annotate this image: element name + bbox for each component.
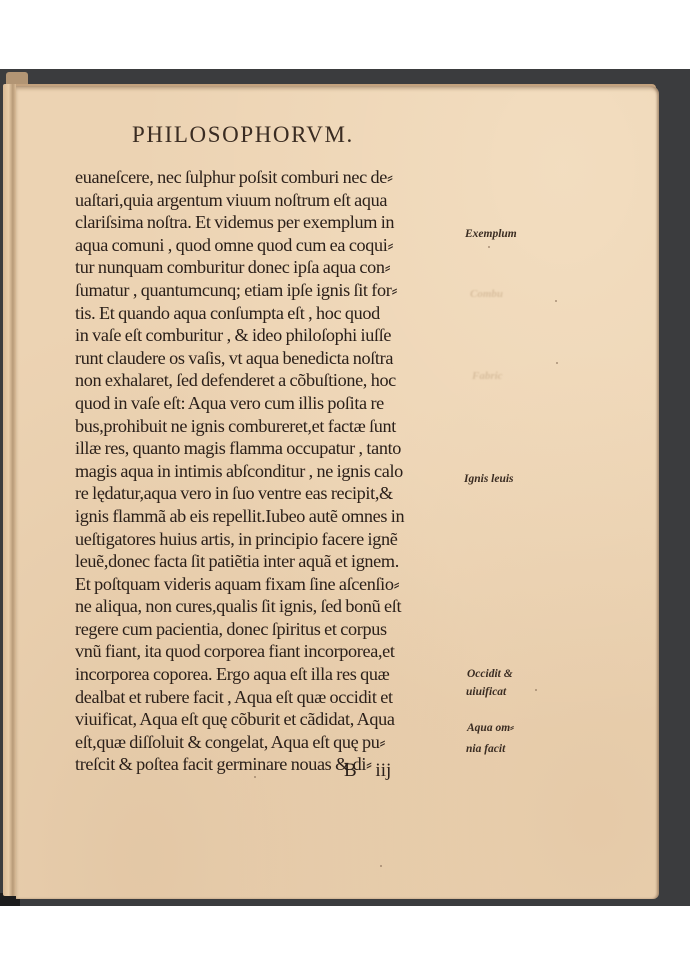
text-line: vnũ fiant, ita quod corporea fiant incor…: [75, 640, 465, 663]
body-text: euaneſcere, nec ſulphur poſsit comburi n…: [75, 166, 465, 776]
text-line: ſumatur , quantumcunq; etiam ipſe ignis …: [75, 279, 465, 302]
text-line: dealbat et rubere facit , Aqua eſt quæ o…: [75, 686, 465, 709]
margin-note-ignis-leuis: Ignis leuis: [464, 470, 514, 488]
text-line: ignis flammã ab eis repellit.Iubeo autẽ …: [75, 505, 465, 528]
paper-speck: [488, 246, 490, 248]
bleed-through-mark: Fabric: [472, 370, 503, 382]
text-line: tis. Et quando aqua conſumpta eſt , hoc …: [75, 302, 465, 325]
text-line: ueſtigatores huius artis, in principio f…: [75, 528, 465, 551]
margin-note-nia-facit: nia facit: [466, 740, 505, 758]
text-line: tur nunquam comburitur donec ipſa aqua c…: [75, 256, 465, 279]
paper-speck: [254, 776, 256, 778]
text-line: re lędatur,aqua vero in ſuo ventre eas r…: [75, 482, 465, 505]
text-line: euaneſcere, nec ſulphur poſsit comburi n…: [75, 166, 465, 189]
text-line: in vaſe eſt comburitur , & ideo philoſop…: [75, 324, 465, 347]
page-scan-viewer: Combu Fabric PHILOSOPHORVM. euaneſcere, …: [0, 0, 690, 976]
margin-note-exemplum: Exemplum: [465, 225, 517, 243]
paper-speck: [380, 865, 382, 867]
text-line: magis aqua in intimis abſconditur , ne i…: [75, 460, 465, 483]
margin-note-aqua-om: Aqua om⸗: [467, 719, 514, 737]
text-line: ne aliqua, non cures,qualis ſit ignis, ſ…: [75, 595, 465, 618]
text-line: clariſsima noſtra. Et videmus per exempl…: [75, 211, 465, 234]
text-line: bus,prohibuit ne ignis combureret,et fac…: [75, 415, 465, 438]
paper-speck: [555, 300, 557, 302]
margin-note-uiuificat: uiuificat: [466, 683, 506, 701]
running-head: PHILOSOPHORVM.: [132, 122, 382, 148]
signature-mark: B iij: [344, 760, 391, 782]
text-line: aqua comuni , quod omne quod cum ea coqu…: [75, 234, 465, 257]
text-line: regere cum pacientia, donec ſpiritus et …: [75, 618, 465, 641]
paper-speck: [556, 362, 558, 364]
text-line: eſt,quæ diſſoluit & congelat, Aqua eſt q…: [75, 731, 465, 754]
text-line: quod in vaſe eſt: Aqua vero cum illis po…: [75, 392, 465, 415]
text-line: viuificat, Aqua eſt quę cõburit et cãdid…: [75, 708, 465, 731]
paper-speck: [535, 689, 537, 691]
text-line: Et poſtquam videris aquam fixam ſine aſc…: [75, 573, 465, 596]
text-line: treſcit & poſtea facit germinare nouas &…: [75, 753, 465, 776]
text-line: runt claudere os vaſis, vt aqua benedict…: [75, 347, 465, 370]
bleed-through-mark: Combu: [470, 288, 503, 300]
text-line: leuẽ,donec facta ſit patiẽtia inter aquã…: [75, 550, 465, 573]
text-line: uaſtari,quia argentum viuum noſtrum eſt …: [75, 189, 465, 212]
text-line: incorporea coporea. Ergo aqua eſt illa r…: [75, 663, 465, 686]
page-edge-stack: [3, 84, 17, 896]
text-line: non exhalaret, ſed defenderet a cõbuſtio…: [75, 369, 465, 392]
margin-note-occidit: Occidit &: [467, 665, 513, 683]
text-line: illæ res, quanto magis flamma occupatur …: [75, 437, 465, 460]
